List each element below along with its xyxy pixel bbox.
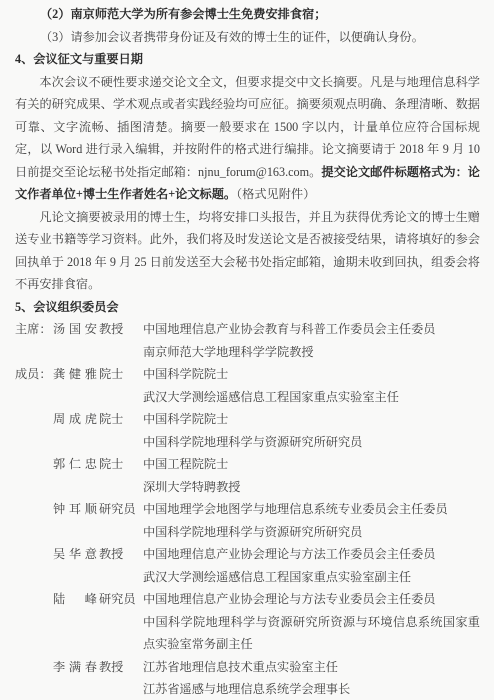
- committee-list: 主席：汤国安教授中国地理信息产业协会教育与科普工作委员会主任委员南京师范大学地理…: [15, 318, 480, 700]
- document-page: （2）南京师范大学为所有参会博士生免费安排食宿；（3）请参加会议者携带身份证及有…: [0, 0, 494, 700]
- section-heading: 4、会议征文与重要日期: [15, 48, 480, 71]
- member-title: 院士: [97, 453, 143, 476]
- member-affiliation: 南京师范大学地理科学学院教授: [143, 341, 480, 364]
- committee-member-row: 钟耳顺研究员中国地理学会地图学与地理信息系统专业委员会主任委员中国科学院地理科学…: [15, 498, 480, 543]
- committee-member-row: 陆 峰研究员中国地理信息产业协会理论与方法专业委员会主任委员中国科学院地理科学与…: [15, 588, 480, 656]
- member-affiliations: 中国科学院院士武汉大学测绘遥感信息工程国家重点实验室主任: [143, 363, 480, 408]
- committee-member-row: 郭仁忠院士中国工程院院士深圳大学特聘教授: [15, 453, 480, 498]
- member-affiliation: 中国科学院地理科学与资源研究所资源与环境信息系统国家重点实验室常务副主任: [143, 611, 480, 656]
- member-name: 周成虎: [53, 408, 97, 431]
- member-title: 教授: [97, 656, 143, 679]
- member-affiliation: 深圳大学特聘教授: [143, 476, 480, 499]
- member-affiliation: 江苏省地理信息技术重点实验室主任: [143, 656, 480, 679]
- member-affiliations: 中国地理信息产业协会教育与科普工作委员会主任委员南京师范大学地理科学学院教授: [143, 318, 480, 363]
- member-title: 研究员: [97, 588, 143, 611]
- member-name: 吴华意: [53, 543, 97, 566]
- paragraph: 本次会议不硬性要求递交论文全文，但要求提交中文长摘要。凡是与地理信息科学有关的研…: [15, 71, 480, 206]
- member-name: 郭仁忠: [53, 453, 97, 476]
- body-text-segment: 本次会议不硬性要求递交论文全文，但要求提交中文长摘要。凡是与地理信息科学有关的研…: [15, 75, 480, 179]
- member-affiliation: 中国科学院地理科学与资源研究所研究员: [143, 431, 480, 454]
- member-affiliations: 中国地理信息产业协会理论与方法工作委员会主任委员武汉大学测绘遥感信息工程国家重点…: [143, 543, 480, 588]
- member-affiliation: 中国工程院院士: [143, 453, 480, 476]
- member-affiliations: 中国工程院院士深圳大学特聘教授: [143, 453, 480, 498]
- member-affiliation: 武汉大学测绘遥感信息工程国家重点实验室副主任: [143, 566, 480, 589]
- member-name: 龚健雅: [53, 363, 97, 386]
- member-role-label: 成员：: [15, 363, 53, 386]
- member-affiliation: 中国地理信息产业协会理论与方法工作委员会主任委员: [143, 543, 480, 566]
- member-role-label: 主席：: [15, 318, 53, 341]
- member-affiliations: 中国地理信息产业协会理论与方法专业委员会主任委员中国科学院地理科学与资源研究所资…: [143, 588, 480, 656]
- member-affiliations: 江苏省地理信息技术重点实验室主任江苏省遥感与地理信息系统学会理事长: [143, 656, 480, 700]
- member-affiliation: 中国科学院院士: [143, 363, 480, 386]
- committee-member-row: 吴华意教授中国地理信息产业协会理论与方法工作委员会主任委员武汉大学测绘遥感信息工…: [15, 543, 480, 588]
- member-affiliation: 中国地理信息产业协会教育与科普工作委员会主任委员: [143, 318, 480, 341]
- member-title: 院士: [97, 363, 143, 386]
- document-flow: （2）南京师范大学为所有参会博士生免费安排食宿；（3）请参加会议者携带身份证及有…: [15, 3, 480, 318]
- paragraph: 凡论文摘要被录用的博士生，均将安排口头报告，并且为获得优秀论文的博士生赠送专业书…: [15, 206, 480, 296]
- committee-member-row: 成员：龚健雅院士中国科学院院士武汉大学测绘遥感信息工程国家重点实验室主任: [15, 363, 480, 408]
- member-name: 陆 峰: [53, 588, 97, 611]
- committee-member-row: 李满春教授江苏省地理信息技术重点实验室主任江苏省遥感与地理信息系统学会理事长: [15, 656, 480, 700]
- member-affiliation: 江苏省遥感与地理信息系统学会理事长: [143, 678, 480, 700]
- committee-member-row: 主席：汤国安教授中国地理信息产业协会教育与科普工作委员会主任委员南京师范大学地理…: [15, 318, 480, 363]
- body-text-segment: 凡论文摘要被录用的博士生，均将安排口头报告，并且为获得优秀论文的博士生赠送专业书…: [15, 210, 480, 292]
- member-title: 教授: [97, 543, 143, 566]
- committee-member-row: 周成虎院士中国科学院院士中国科学院地理科学与资源研究所研究员: [15, 408, 480, 453]
- member-affiliations: 中国科学院院士中国科学院地理科学与资源研究所研究员: [143, 408, 480, 453]
- list-item: （3）请参加会议者携带身份证及有效的博士生的证件，以便确认身份。: [40, 26, 480, 49]
- member-affiliation: 中国地理信息产业协会理论与方法专业委员会主任委员: [143, 588, 480, 611]
- member-name: 李满春: [53, 656, 97, 679]
- section-heading: 5、会议组织委员会: [15, 296, 480, 319]
- member-affiliation: 中国科学院院士: [143, 408, 480, 431]
- list-item: （2）南京师范大学为所有参会博士生免费安排食宿；: [40, 3, 480, 26]
- member-affiliations: 中国地理学会地图学与地理信息系统专业委员会主任委员中国科学院地理科学与资源研究所…: [143, 498, 480, 543]
- member-name: 钟耳顺: [53, 498, 97, 521]
- member-affiliation: 中国地理学会地图学与地理信息系统专业委员会主任委员: [143, 498, 480, 521]
- member-title: 院士: [97, 408, 143, 431]
- member-affiliation: 中国科学院地理科学与资源研究所研究员: [143, 521, 480, 544]
- body-text-segment: （格式见附件）: [236, 187, 315, 201]
- member-affiliation: 武汉大学测绘遥感信息工程国家重点实验室主任: [143, 386, 480, 409]
- member-name: 汤国安: [53, 318, 97, 341]
- member-title: 研究员: [97, 498, 143, 521]
- member-title: 教授: [97, 318, 143, 341]
